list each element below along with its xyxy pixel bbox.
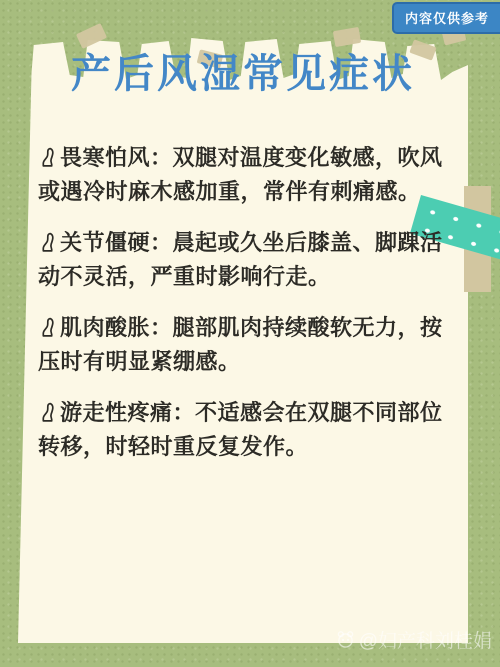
leg-icon [38,402,57,423]
symptom-item: 关节僵硬：晨起或久坐后膝盖、脚踝活动不灵活，严重时影响行走。 [38,226,460,294]
leg-icon [38,317,57,338]
symptom-item: 肌肉酸胀：腿部肌肉持续酸软无力，按压时有明显紧绷感。 [38,311,460,379]
leg-icon [38,232,57,253]
symptom-label: 关节僵硬： [60,230,173,255]
symptom-label: 游走性疼痛： [60,400,195,425]
mascot-icon [336,630,355,649]
page-title: 产后风湿常见症状 [18,42,468,99]
symptom-list: 畏寒怕风：双腿对温度变化敏感，吹风或遇冷时麻木感加重，常伴有刺痛感。 关节僵硬：… [38,141,460,481]
symptom-item: 游走性疼痛：不适感会在双腿不同部位转移，时轻时重反复发作。 [38,396,460,464]
watermark: @妇产科刘桂娟 [336,626,492,653]
symptom-item: 畏寒怕风：双腿对温度变化敏感，吹风或遇冷时麻木感加重，常伴有刺痛感。 [38,141,460,209]
watermark-handle: @妇产科刘桂娟 [359,626,492,653]
leg-icon [38,147,57,168]
infographic-canvas: 产后风湿常见症状 畏寒怕风：双腿对温度变化敏感，吹风或遇冷时麻木感加重，常伴有刺… [0,0,500,667]
symptom-label: 畏寒怕风： [60,145,173,170]
symptom-label: 肌肉酸胀： [60,315,173,340]
disclaimer-badge: 内容仅供参考 [392,2,500,34]
